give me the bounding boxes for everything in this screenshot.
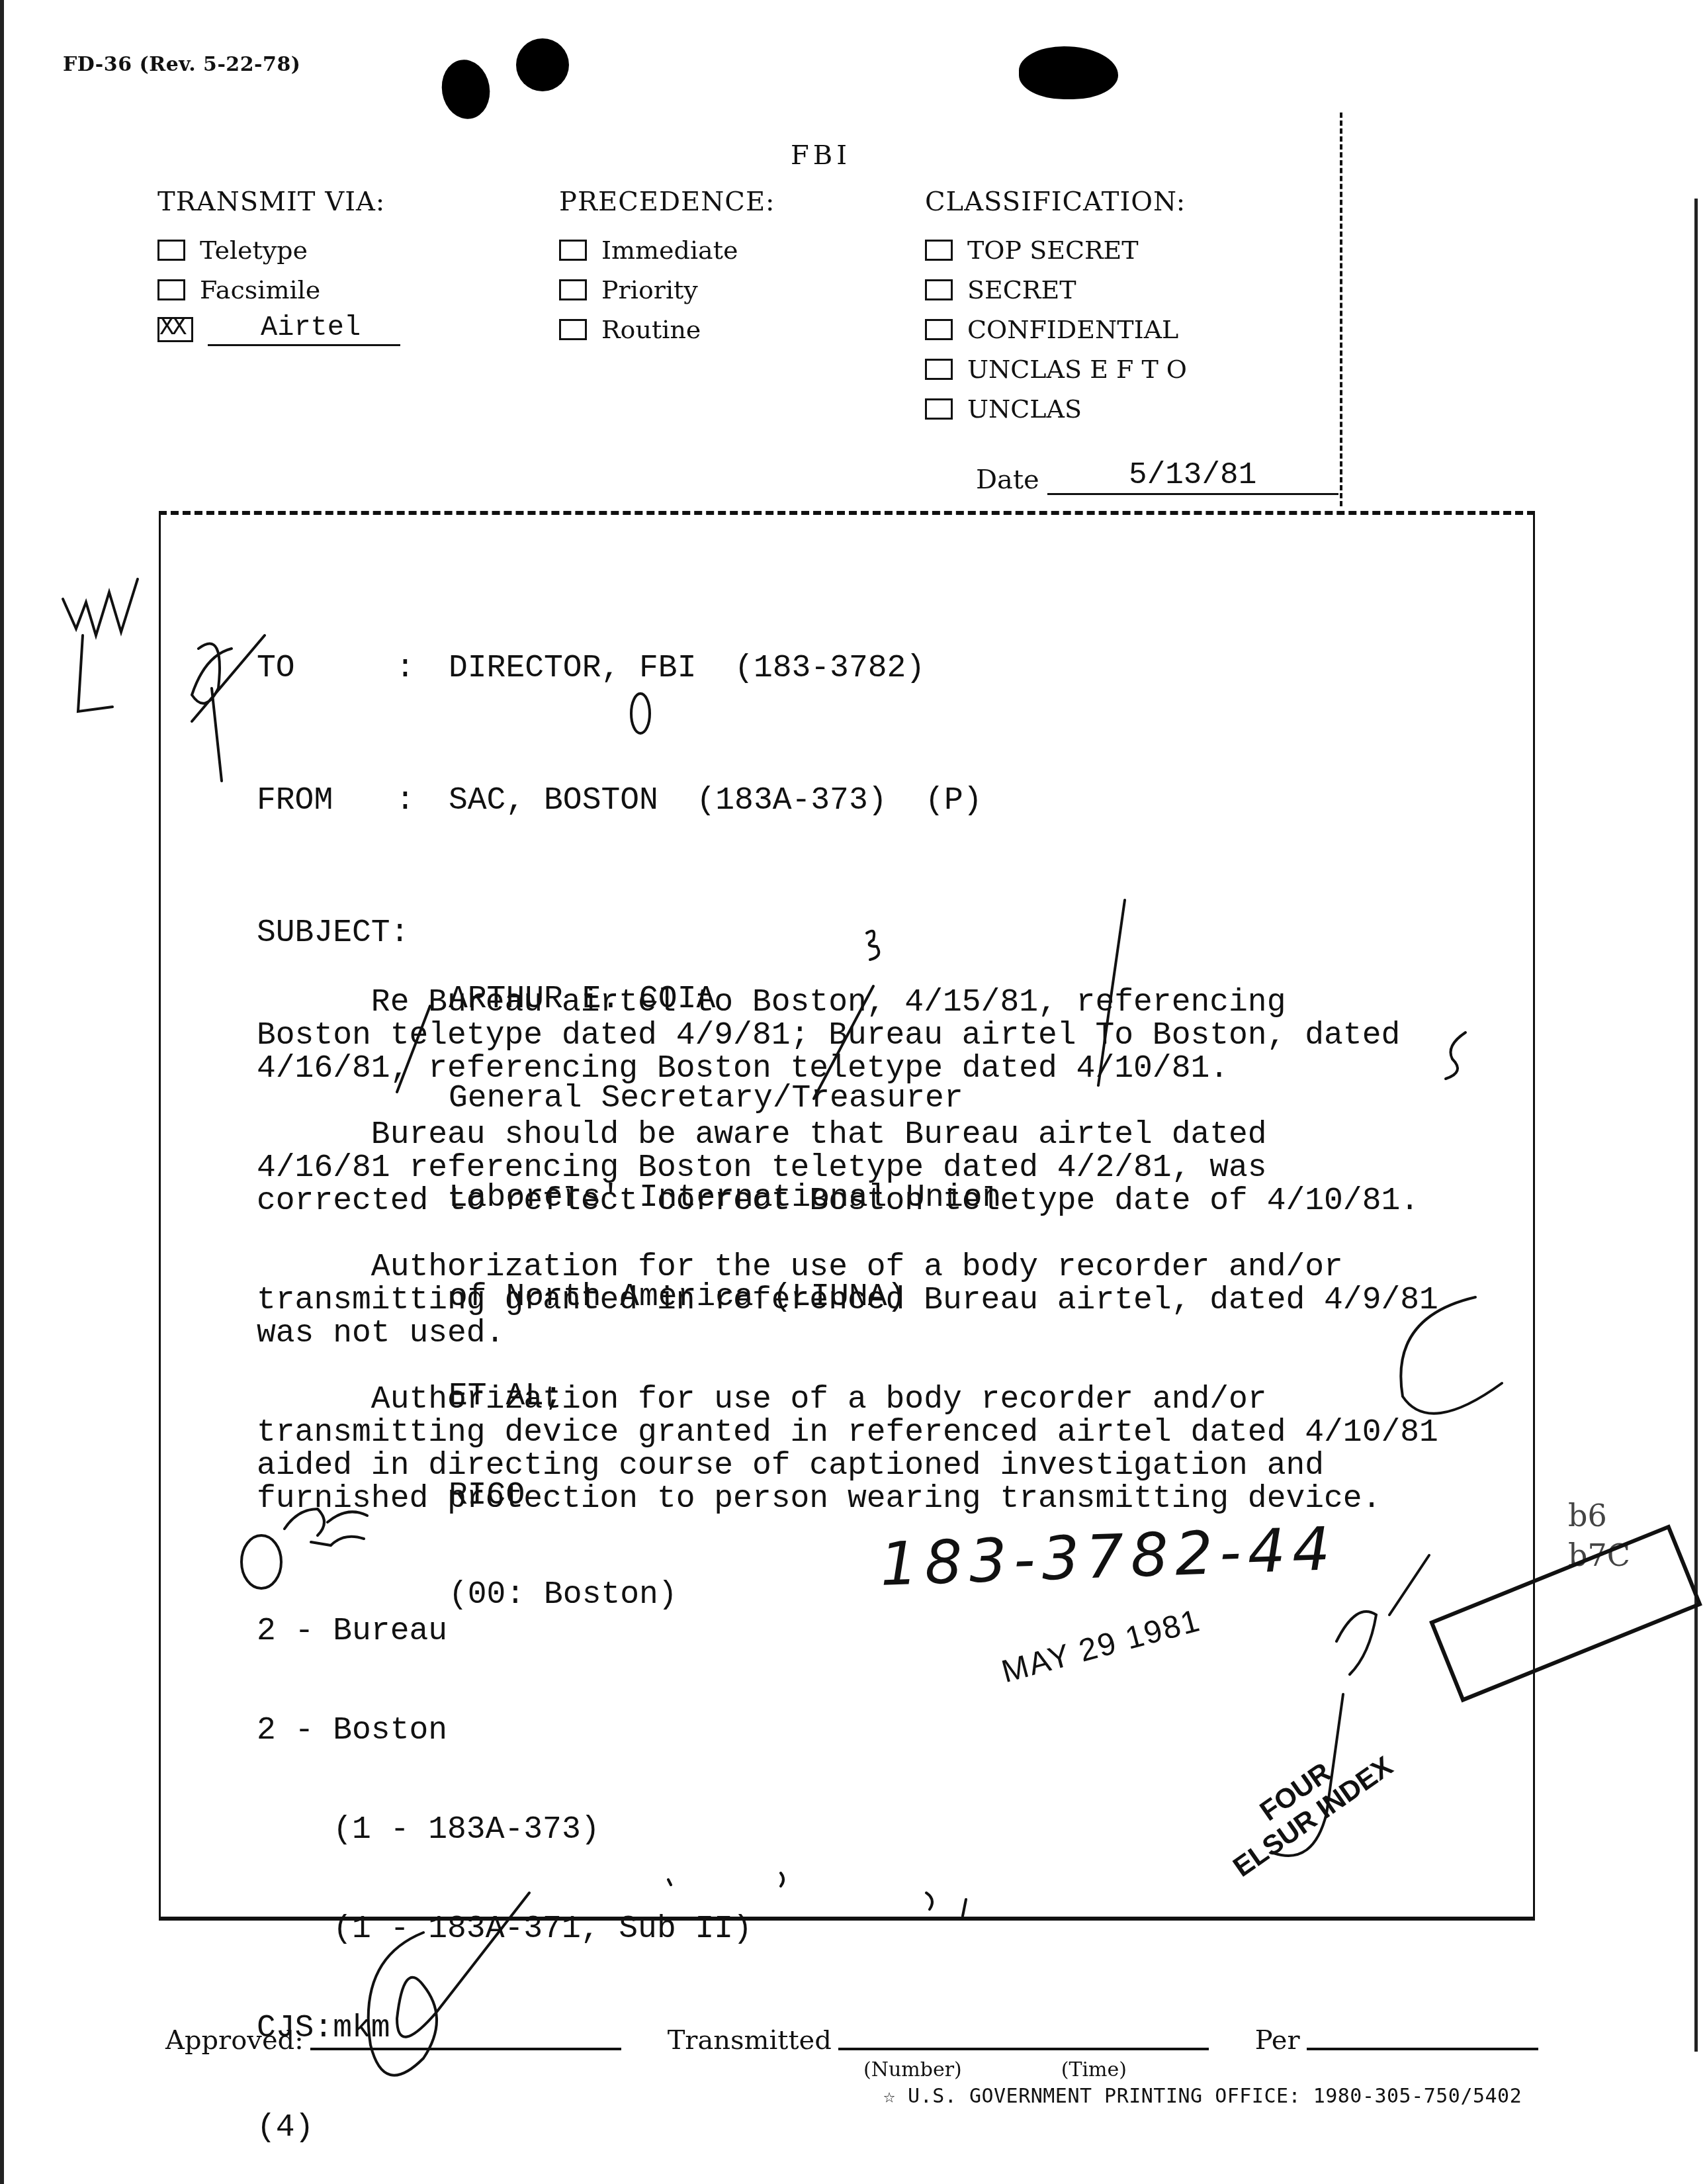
precedence-section: PRECEDENCE: Immediate Priority Routine (559, 187, 775, 349)
classification-option-unclas-efto[interactable]: UNCLAS E F T O (925, 349, 1187, 389)
paragraph-line: Re Bureau airtel to Boston, 4/15/81, ref… (257, 986, 1514, 1019)
to-label: TO (257, 652, 396, 685)
paragraph-line: furnished protection to person wearing t… (257, 1482, 1514, 1516)
checkbox-icon[interactable] (925, 240, 953, 261)
transmitted-field[interactable] (838, 2048, 1209, 2050)
checkbox-icon[interactable] (925, 279, 953, 300)
option-label: UNCLAS (967, 394, 1082, 424)
form-number: FD-36 (Rev. 5-22-78) (63, 53, 301, 76)
footer-row: Approved: Transmitted Per (165, 2025, 1545, 2056)
agency-title: FBI (791, 140, 851, 171)
margin-initials-icon (63, 579, 138, 635)
body-paragraph: Bureau should be aware that Bureau airte… (257, 1118, 1514, 1218)
from-label: FROM (257, 784, 396, 817)
subject-line: General Secretary/Treasurer (449, 1082, 1001, 1115)
paragraph-line: Bureau should be aware that Bureau airte… (257, 1118, 1514, 1152)
approved-field[interactable] (310, 2048, 621, 2050)
checkbox-icon[interactable] (157, 279, 185, 300)
precedence-heading: PRECEDENCE: (559, 187, 775, 217)
precedence-option-routine[interactable]: Routine (559, 310, 775, 349)
number-label: (Number) (863, 2058, 962, 2081)
transmit-option-teletype[interactable]: Teletype (157, 230, 400, 270)
punch-hole (437, 56, 495, 122)
exemption-code: b6 (1568, 1496, 1630, 1535)
distribution-line: (1 - 183A-371, Sub II) (257, 1913, 752, 1946)
classification-heading: CLASSIFICATION: (925, 187, 1187, 217)
distribution-line: (4) (257, 2111, 752, 2144)
dashed-divider-vertical (1340, 113, 1342, 506)
distribution-line: 2 - Bureau (257, 1615, 752, 1648)
option-label: Routine (601, 315, 701, 344)
paragraph-line: Authorization for the use of a body reco… (257, 1251, 1514, 1284)
classification-option-top-secret[interactable]: TOP SECRET (925, 230, 1187, 270)
option-label: Immediate (601, 236, 738, 265)
checkbox-icon[interactable] (925, 398, 953, 420)
transmit-via-heading: TRANSMIT VIA: (157, 187, 400, 217)
time-label: (Time) (1061, 2058, 1127, 2081)
checkbox-icon[interactable] (157, 240, 185, 261)
checked-box-icon[interactable]: XX (157, 317, 193, 342)
transmitted-label: Transmitted (668, 2025, 832, 2056)
checkbox-icon[interactable] (559, 279, 587, 300)
paragraph-line: Boston teletype dated 4/9/81; Bureau air… (257, 1019, 1514, 1052)
per-label: Per (1255, 2025, 1300, 2056)
precedence-option-immediate[interactable]: Immediate (559, 230, 775, 270)
checkbox-icon[interactable] (925, 319, 953, 340)
check-mark: XX (159, 314, 185, 342)
body-paragraph: Authorization for use of a body recorder… (257, 1383, 1514, 1516)
checkbox-icon[interactable] (925, 359, 953, 380)
approved-label: Approved: (165, 2025, 304, 2056)
from-colon: : (396, 784, 449, 817)
paragraph-line: Authorization for use of a body recorder… (257, 1383, 1514, 1416)
classification-option-confidential[interactable]: CONFIDENTIAL (925, 310, 1187, 349)
checkbox-icon[interactable] (559, 240, 587, 261)
page-edge-right (1694, 199, 1698, 2052)
margin-bracket-icon (78, 635, 112, 711)
option-label: Priority (601, 275, 698, 304)
from-value: SAC, BOSTON (183A-373) (P) (449, 784, 983, 817)
option-label: CONFIDENTIAL (967, 315, 1178, 344)
transmit-other-field[interactable]: Airtel (208, 314, 400, 346)
from-row: FROM : SAC, BOSTON (183A-373) (P) (257, 784, 1001, 817)
body-paragraph: Re Bureau airtel to Boston, 4/15/81, ref… (257, 986, 1514, 1085)
page-edge-left (0, 0, 4, 2184)
transmit-option-facsimile[interactable]: Facsimile (157, 270, 400, 310)
transmitted-sublabels: (Number) (Time) (863, 2058, 1127, 2081)
checkbox-icon[interactable] (559, 319, 587, 340)
punch-hole (1019, 46, 1118, 99)
distribution-line: 2 - Boston (257, 1714, 752, 1747)
precedence-option-priority[interactable]: Priority (559, 270, 775, 310)
date-row: Date 5/13/81 (976, 460, 1338, 495)
to-colon: : (396, 652, 449, 685)
paragraph-line: transmitting granted in referenced Burea… (257, 1284, 1514, 1317)
distribution-list: 2 - Bureau 2 - Boston (1 - 183A-373) (1 … (257, 1549, 752, 2177)
option-label: SECRET (967, 275, 1076, 304)
paragraph-line: corrected to reflect correct Boston tele… (257, 1185, 1514, 1218)
option-label: UNCLAS E F T O (967, 355, 1187, 384)
transmit-via-section: TRANSMIT VIA: Teletype Facsimile XX Airt… (157, 187, 400, 349)
paragraph-line: aided in directing course of captioned i… (257, 1449, 1514, 1482)
option-label: TOP SECRET (967, 236, 1139, 265)
paragraph-line: transmitting device granted in reference… (257, 1416, 1514, 1449)
to-row: TO : DIRECTOR, FBI (183-3782) (257, 652, 1001, 685)
distribution-line: (1 - 183A-373) (257, 1813, 752, 1846)
option-label: Facsimile (200, 275, 320, 304)
paragraph-line: 4/16/81 referencing Boston teletype date… (257, 1152, 1514, 1185)
date-label: Date (976, 465, 1039, 495)
classification-option-unclas[interactable]: UNCLAS (925, 389, 1187, 429)
to-value: DIRECTOR, FBI (183-3782) (449, 652, 925, 685)
paragraph-line: 4/16/81, referencing Boston teletype dat… (257, 1052, 1514, 1085)
transmit-option-other[interactable]: XX Airtel (157, 310, 400, 349)
punch-hole (516, 38, 569, 91)
printing-office-imprint: ☆ U.S. GOVERNMENT PRINTING OFFICE: 1980-… (883, 2085, 1522, 2108)
date-field[interactable]: 5/13/81 (1047, 460, 1338, 495)
classification-section: CLASSIFICATION: TOP SECRET SECRET CONFID… (925, 187, 1187, 429)
per-field[interactable] (1307, 2048, 1538, 2050)
classification-option-secret[interactable]: SECRET (925, 270, 1187, 310)
paragraph-line: was not used. (257, 1317, 1514, 1350)
option-label: Teletype (200, 236, 308, 265)
body-paragraph: Authorization for the use of a body reco… (257, 1251, 1514, 1350)
